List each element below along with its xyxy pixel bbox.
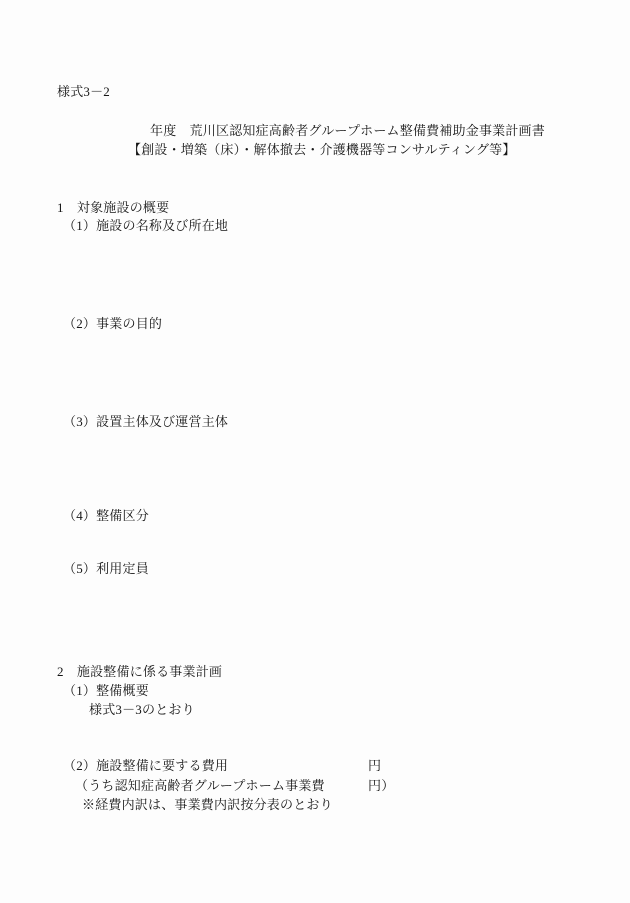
section1-item-facility-name-location: （1）施設の名称及び所在地 xyxy=(63,218,228,233)
document-page: 様式3－2 年度 荒川区認知症高齢者グループホーム整備費補助金事業計画書 【創設… xyxy=(0,0,630,903)
section2-grouphome-cost-sub-label: （うち認知症高齢者グループホーム事業費 xyxy=(75,778,325,793)
section1-item-business-purpose: （2）事業の目的 xyxy=(63,316,162,331)
section2-facility-cost-unit: 円 xyxy=(368,758,381,773)
section1-item-establishing-operating-entity: （3）設置主体及び運営主体 xyxy=(63,414,228,429)
section1-item-user-capacity: （5）利用定員 xyxy=(63,561,149,576)
section2-grouphome-cost-sub-unit: 円） xyxy=(368,778,394,793)
section1-item-improvement-category: （4）整備区分 xyxy=(63,508,149,523)
document-title: 年度 荒川区認知症高齢者グループホーム整備費補助金事業計画書 xyxy=(150,123,545,138)
section2-improvement-summary-reference: 様式3－3のとおり xyxy=(89,702,195,717)
section1-heading: 1 対象施設の概要 xyxy=(57,200,169,215)
section2-cost-breakdown-note: ※経費内訳は、事業費内訳按分表のとおり xyxy=(82,797,333,812)
document-subtitle: 【創設・増築（床）・解体撤去・介護機器等コンサルティング等】 xyxy=(128,142,516,157)
section2-item-facility-cost: （2）施設整備に要する費用 xyxy=(63,758,228,773)
form-number: 様式3－2 xyxy=(57,84,110,99)
section2-item-improvement-summary: （1）整備概要 xyxy=(63,683,149,698)
section2-heading: 2 施設整備に係る事業計画 xyxy=(57,664,222,679)
